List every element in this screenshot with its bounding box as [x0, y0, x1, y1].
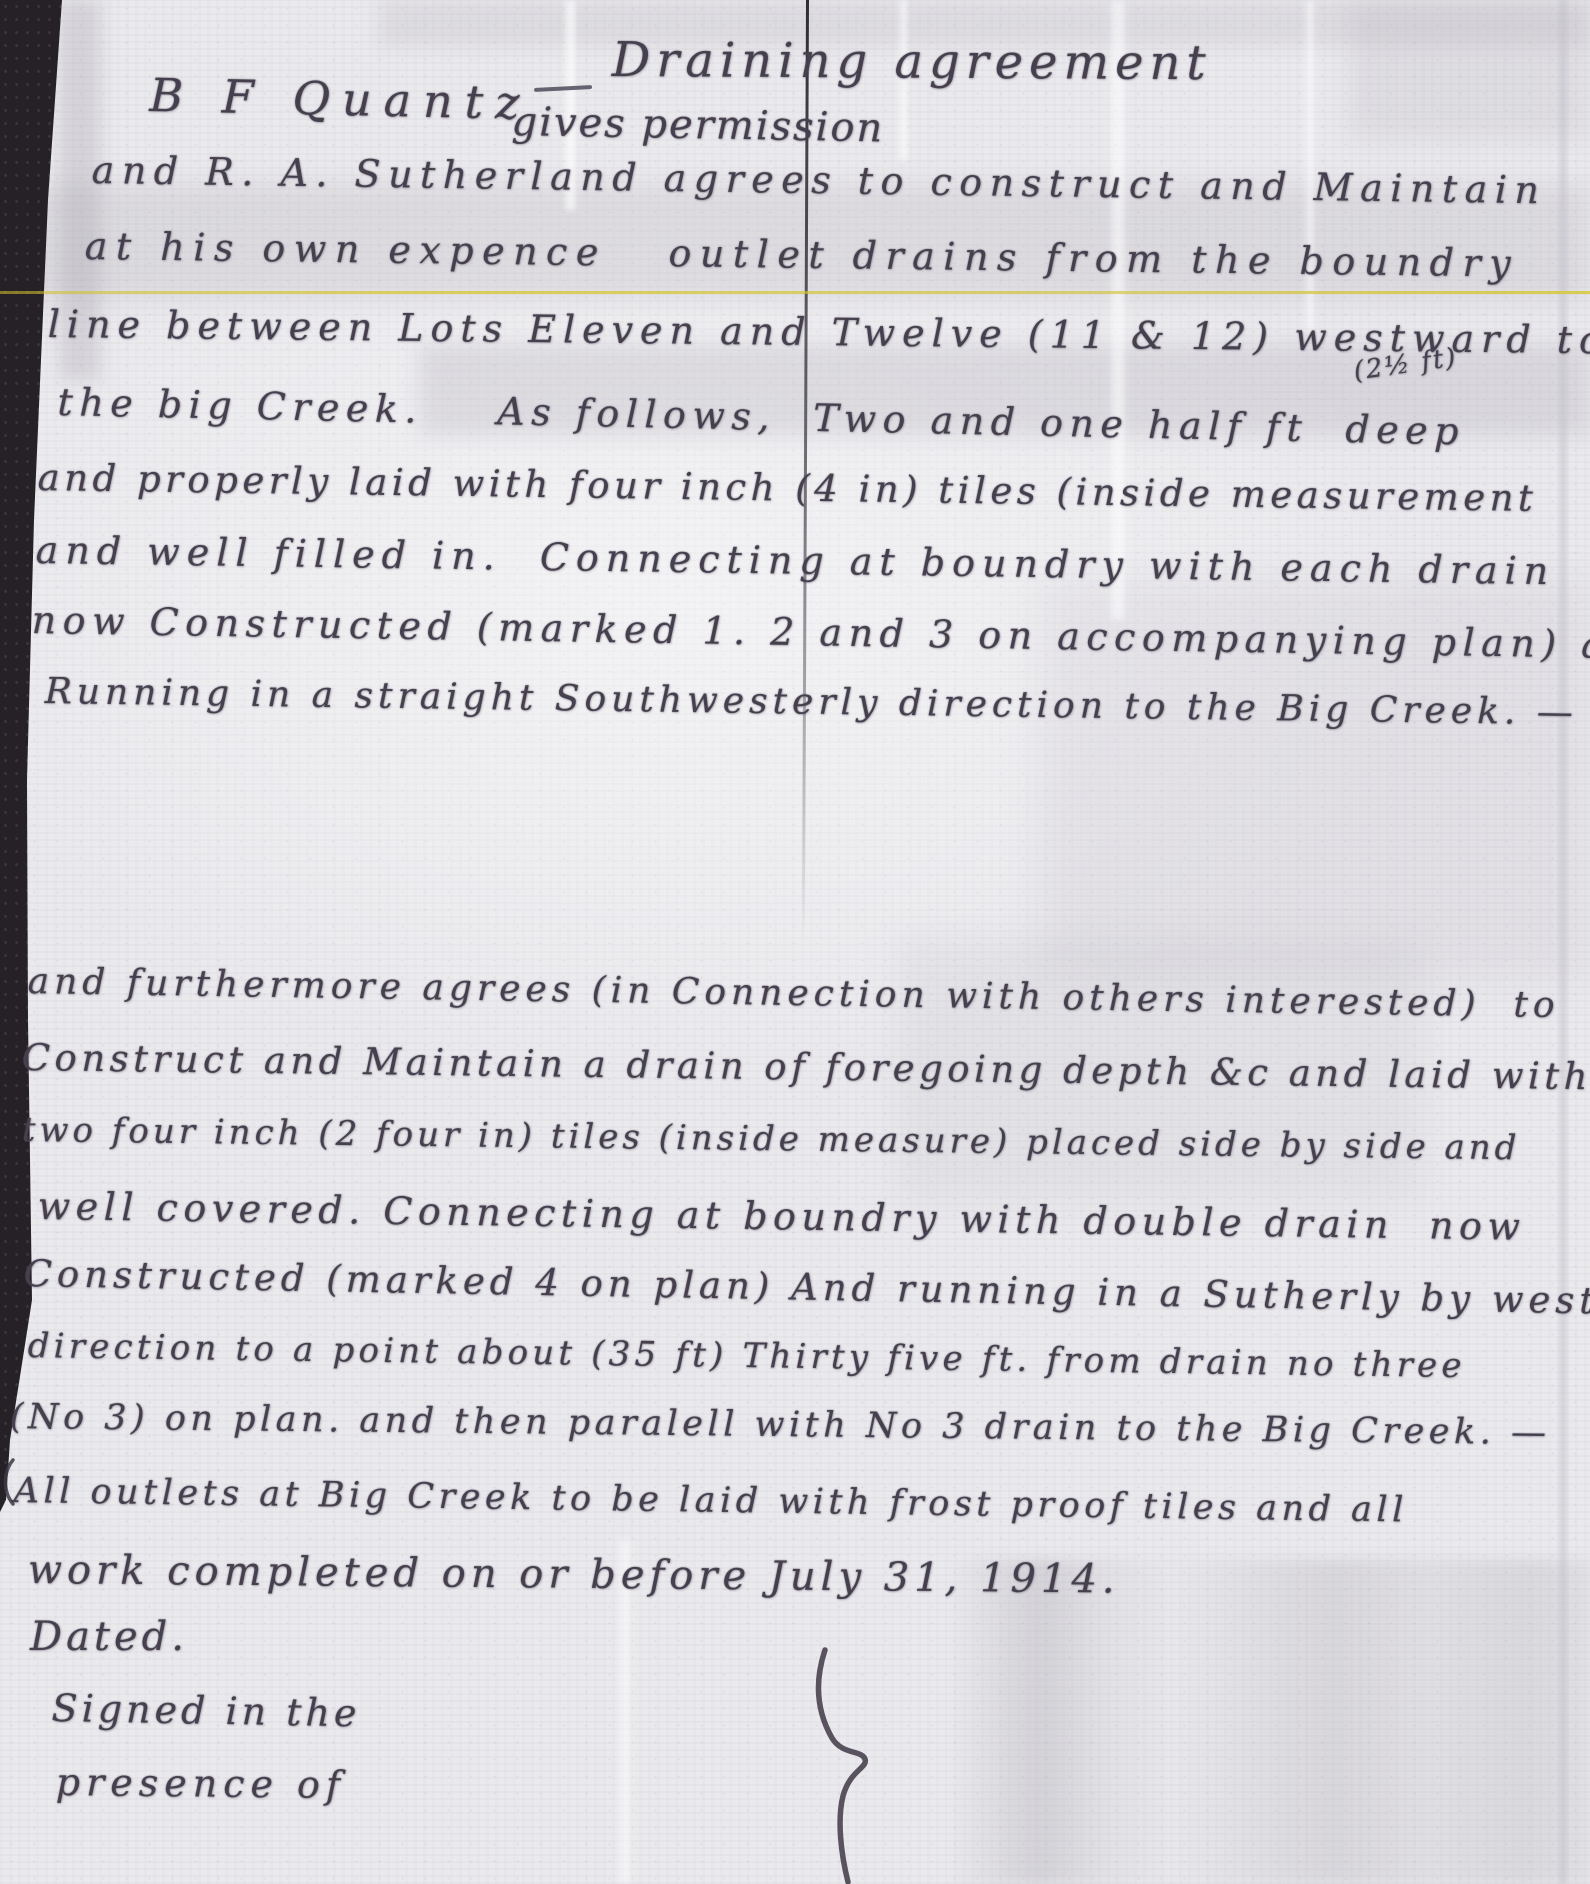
completion-deadline-line: work completed on or before July 31, 191…: [28, 1548, 1120, 1602]
agreement-text-line: All outlets at Big Creek to be laid with…: [13, 1472, 1408, 1530]
agreement-text-line: and properly laid with four inch (4 in) …: [37, 458, 1537, 520]
agreement-text-line: now Constructed (marked 1. 2 and 3 on ac…: [31, 600, 1590, 668]
scanner-dark-edge: [0, 0, 80, 1884]
right-edge-line: [1560, 0, 1566, 1884]
agreement-text-line: Running in a straight Southwesterly dire…: [44, 672, 1578, 733]
agreement-text-line: at his own expence outlet drains from th…: [84, 226, 1519, 285]
fold-white-streak: [1112, 0, 1124, 620]
signed-line: Signed in the: [51, 1688, 361, 1735]
scan-shading-band: [950, 1560, 1590, 1884]
agreement-text-line: two four inch (2 four in) tiles (inside …: [22, 1112, 1521, 1168]
agreement-text-line: well covered. Connecting at boundry with…: [37, 1186, 1525, 1249]
agreement-text-line: and furthermore agrees (in Connection wi…: [27, 962, 1560, 1026]
brace-mark: [792, 1646, 902, 1884]
agreement-text-line: the big Creek. As follows, Two and one h…: [57, 382, 1465, 453]
agreement-text-line: (No 3) on plan. and then paralell with N…: [10, 1398, 1551, 1453]
agreement-text-line: line between Lots Eleven and Twelve (11 …: [48, 304, 1590, 362]
agreement-text-line: Construct and Maintain a drain of forego…: [22, 1038, 1590, 1098]
scan-shading-band: [1350, 0, 1590, 140]
dated-label: Dated.: [30, 1615, 188, 1659]
grantor-name-line: B F Quantz: [149, 70, 532, 129]
signed-line: presence of: [56, 1762, 347, 1807]
agreement-text-line: and well filled in. Connecting at boundr…: [35, 530, 1555, 593]
pen-flourish-dash: [534, 85, 592, 92]
agreement-text-line: and R. A. Sutherland agrees to construct…: [91, 150, 1546, 212]
agreement-text-line: direction to a point about (35 ft) Thirt…: [27, 1328, 1465, 1385]
scanned-document-page: Draining agreement B F Quantz gives perm…: [0, 0, 1590, 1884]
agreement-text-line: Constructed (marked 4 on plan) And runni…: [23, 1254, 1590, 1322]
pen-mark-paren: [0, 1458, 16, 1506]
permission-line: gives permission: [511, 100, 884, 150]
document-title: Draining agreement: [612, 34, 1212, 90]
yellow-scan-scratch-line: [0, 291, 1590, 294]
